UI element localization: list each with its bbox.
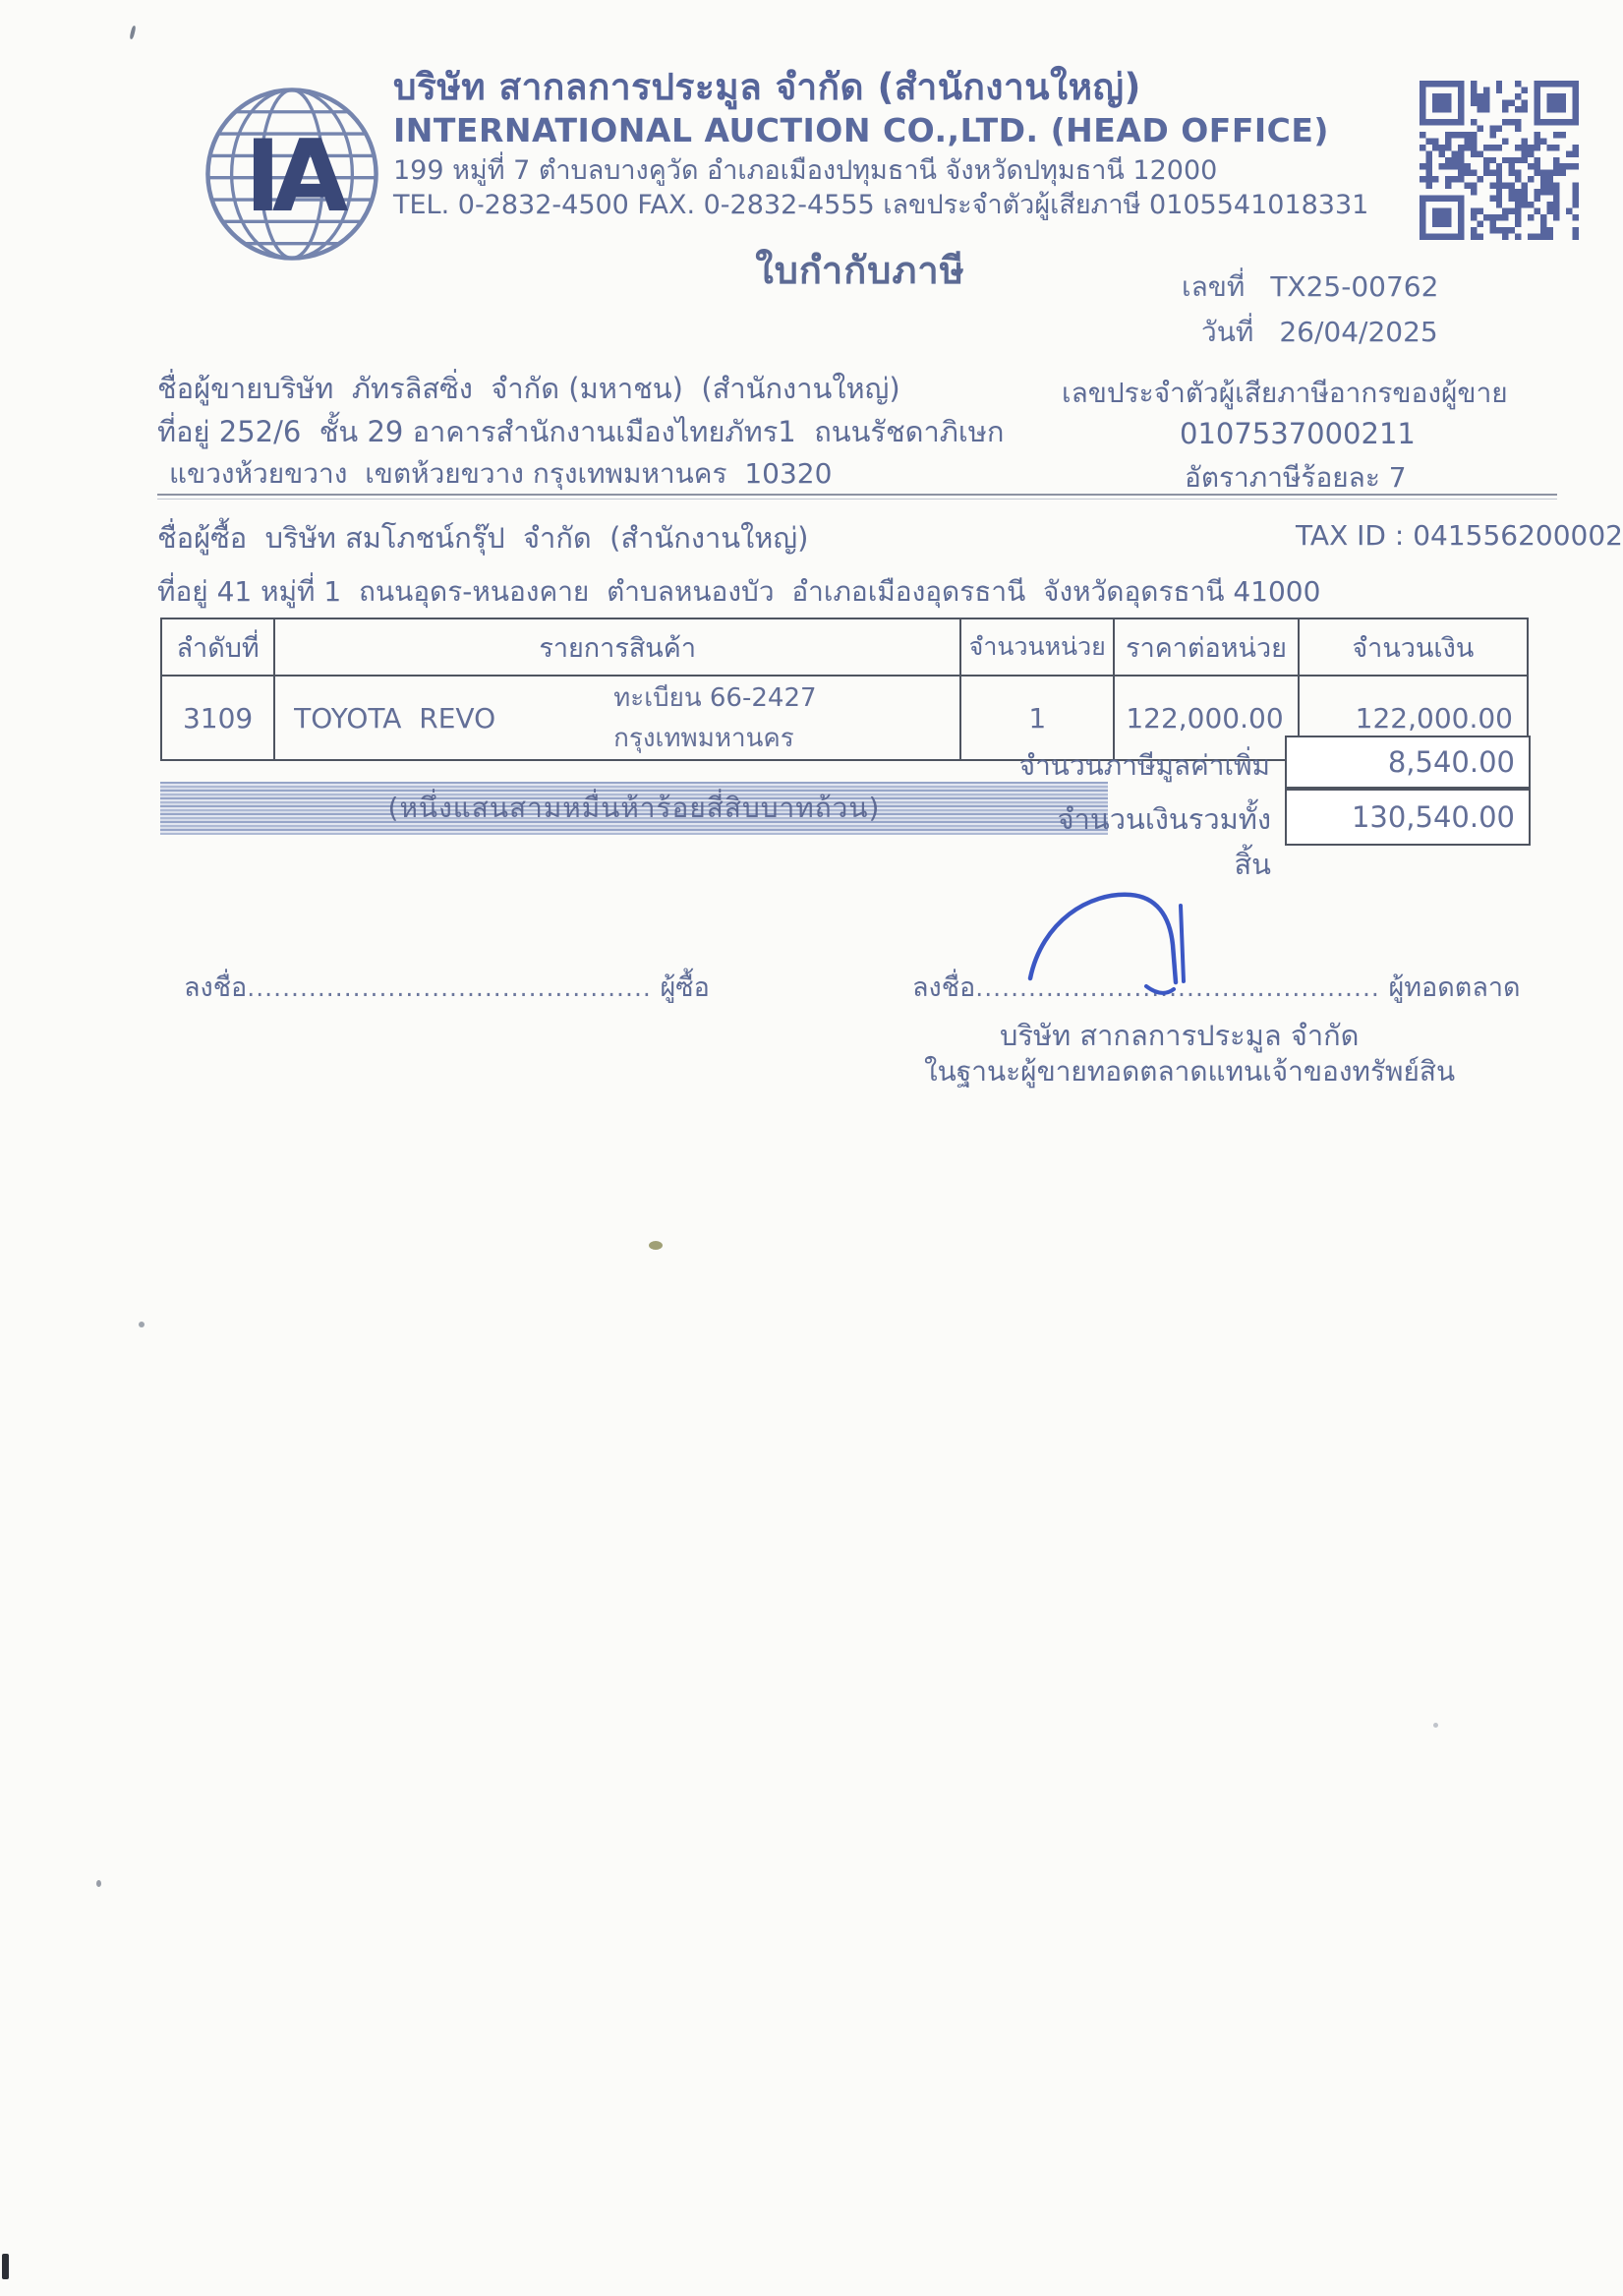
invoice-date-value: 26/04/2025 [1279,316,1437,348]
company-contact: TEL. 0-2832-4500 FAX. 0-2832-4555 เลขประ… [393,188,1376,222]
document-title: ใบกำกับภาษี [688,240,1032,300]
scan-speck [649,1241,663,1250]
vat-amount-value: 8,540.00 [1388,745,1515,779]
qr-code [1420,79,1579,242]
tax-invoice-page: IA บริษัท สากลการประมูล จำกัด (สำนักงานใ… [0,0,1623,2296]
pen-mark [129,26,136,40]
vat-amount-box: 8,540.00 [1285,736,1531,789]
invoice-date-label: วันที่ [1201,316,1253,348]
item-index: 3109 [161,676,274,760]
scan-speck [1433,1723,1438,1728]
sign-label: ลงชื่อ [912,972,975,1003]
seller-address-line2: แขวงห้วยขวาง เขตห้วยขวาง กรุงเทพมหานคร 1… [169,452,832,496]
buyer-signature-line: ลงชื่อ..................................… [184,966,710,1008]
globe-ia-icon: IA [197,83,387,265]
seller-address-line1: ที่อยู่ 252/6 ชั้น 29 อาคารสำนักงานเมือง… [157,409,1004,454]
col-header-index: ลำดับที่ [161,618,274,676]
item-description-detail: ทะเบียน 66-2427 กรุงเทพมหานคร [613,677,958,758]
amount-in-words-text: (หนึ่งแสนสามหมื่นห้าร้อยสี่สิบบาทถ้วน) [388,787,881,830]
item-description: TOYOTA REVO ทะเบียน 66-2427 กรุงเทพมหานค… [274,676,960,760]
item-description-main: TOYOTA REVO [294,702,495,735]
invoice-number-label: เลขที่ [1182,270,1245,303]
company-header: บริษัท สากลการประมูล จำกัด (สำนักงานใหญ่… [393,65,1376,222]
svg-text:IA: IA [245,119,349,234]
items-table-header-row: ลำดับที่ รายการสินค้า จำนวนหน่วย ราคาต่อ… [161,618,1528,676]
col-header-quantity: จำนวนหน่วย [960,618,1114,676]
company-logo: IA [197,83,387,265]
buyer-name-line: ชื่อผู้ซื้อ บริษัท สมโภชน์กรุ๊ป จำกัด (ส… [157,515,808,560]
auctioneer-role-label: ผู้ทอดตลาด [1388,972,1520,1003]
total-amount-box: 130,540.00 [1285,789,1531,846]
scan-speck [96,1880,101,1887]
invoice-number-row: เลขที่TX25-00762 [1182,265,1438,309]
company-address: 199 หมู่ที่ 7 ตำบลบางคูวัด อำเภอเมืองปทุ… [393,153,1376,188]
invoice-date-row: วันที่26/04/2025 [1201,311,1438,354]
col-header-unit-price: ราคาต่อหน่วย [1114,618,1298,676]
total-label: จำนวนเงินรวมทั้งสิ้น [1022,796,1271,887]
buyer-tax-id: TAX ID : 0415562000021 [1296,519,1623,552]
seller-name-line: ชื่อผู้ขายบริษัท ภัทรลิสซิ่ง จำกัด (มหาช… [157,366,900,411]
col-header-description: รายการสินค้า [274,618,960,676]
company-name-en: INTERNATIONAL AUCTION CO.,LTD. (HEAD OFF… [393,110,1376,151]
invoice-number-value: TX25-00762 [1270,270,1438,303]
section-divider [157,494,1557,500]
scan-edge-mark [2,2254,9,2279]
seller-tax-id-value: 0107537000211 [1180,417,1416,450]
buyer-address-line: ที่อยู่ 41 หมู่ที่ 1 ถนนอุดร-หนองคาย ตำบ… [157,570,1320,614]
signature-dots: ........................................… [247,973,652,1002]
amount-in-words-band: (หนึ่งแสนสามหมื่นห้าร้อยสี่สิบบาทถ้วน) [160,782,1108,835]
buyer-role-label: ผู้ซื้อ [660,972,709,1003]
sign-label: ลงชื่อ [184,972,247,1003]
scan-speck [139,1322,145,1327]
auction-capacity-line: ในฐานะผู้ขายทอดตลาดแทนเจ้าของทรัพย์สิน [924,1050,1455,1093]
col-header-amount: จำนวนเงิน [1299,618,1528,676]
handwritten-signature [1020,888,1266,1001]
total-amount-value: 130,540.00 [1352,800,1515,834]
seller-tax-id-label: เลขประจำตัวผู้เสียภาษีอากรของผู้ขาย [1062,372,1508,415]
company-name-th: บริษัท สากลการประมูล จำกัด (สำนักงานใหญ่… [393,65,1376,110]
